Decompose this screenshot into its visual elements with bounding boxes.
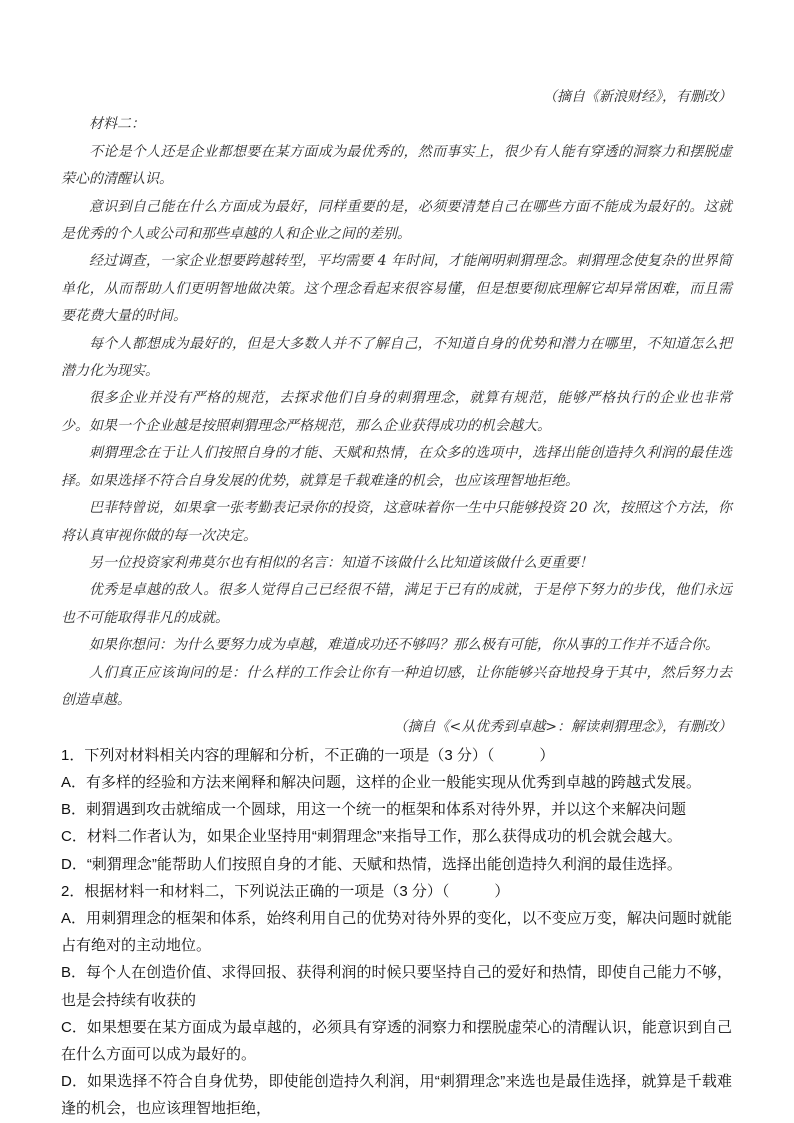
question-1-stem: 1．下列对材料相关内容的理解和分析，不正确的一项是（3 分）（ ） bbox=[61, 742, 732, 769]
material-paragraph-1: 不论是个人还是企业都想要在某方面成为最优秀的，然而事实上，很少有人能有穿透的洞察… bbox=[61, 139, 732, 194]
material-paragraph-9: 优秀是卓越的敌人。很多人觉得自己已经很不错，满足于已有的成就，于是停下努力的步伐… bbox=[61, 577, 732, 632]
material-paragraph-11: 人们真正应该询问的是：什么样的工作会让你有一种迫切感，让你能够兴奋地投身于其中，… bbox=[61, 660, 732, 715]
material-two-label: 材料二： bbox=[61, 111, 732, 138]
question-1-option-a: A．有多样的经验和方法来阐释和解决问题，这样的企业一般能实现从优秀到卓越的跨越式… bbox=[61, 769, 732, 796]
question-2-stem: 2．根据材料一和材料二，下列说法正确的一项是（3 分）（ ） bbox=[61, 878, 732, 905]
material-paragraph-2: 意识到自己能在什么方面成为最好，同样重要的是，必须要清楚自己在哪些方面不能成为最… bbox=[61, 194, 732, 249]
material-paragraph-7: 巴菲特曾说，如果拿一张考勤表记录你的投资，这意味着你一生中只能够投资 20 次，… bbox=[61, 495, 732, 550]
material-paragraph-8: 另一位投资家利弗莫尔也有相似的名言：知道不该做什么比知道该做什么更重要！ bbox=[61, 550, 732, 577]
material-paragraph-5: 很多企业并没有严格的规范，去探求他们自身的刺猬理念，就算有规范，能够严格执行的企… bbox=[61, 385, 732, 440]
question-2-option-d: D．如果选择不符合自身优势，即使能创造持久利润，用“刺猬理念”来选也是最佳选择，… bbox=[61, 1068, 732, 1122]
material-paragraph-6: 刺猬理念在于让人们按照自身的才能、天赋和热情，在众多的选项中，选择出能创造持久利… bbox=[61, 440, 732, 495]
question-2-option-c: C．如果想要在某方面成为最卓越的，必须具有穿透的洞察力和摆脱虚荣心的清醒认识，能… bbox=[61, 1014, 732, 1068]
exam-document-page: （摘自《新浪财经》，有删改） 材料二： 不论是个人还是企业都想要在某方面成为最优… bbox=[0, 0, 794, 1123]
question-1-option-b: B．刺猬遇到攻击就缩成一个圆球，用这一个统一的框架和体系对待外界，并以这个来解决… bbox=[61, 796, 732, 823]
material-paragraph-4: 每个人都想成为最好的，但是大多数人并不了解自己，不知道自身的优势和潜力在哪里，不… bbox=[61, 331, 732, 386]
question-2-option-a: A．用刺猬理念的框架和体系，始终利用自己的优势对待外界的变化，以不变应万变，解决… bbox=[61, 905, 732, 959]
material-paragraph-3: 经过调查，一家企业想要跨越转型，平均需要 4 年时间，才能阐明刺猬理念。刺猬理念… bbox=[61, 248, 732, 330]
material-paragraph-10: 如果你想问：为什么要努力成为卓越，难道成功还不够吗？那么极有可能，你从事的工作并… bbox=[61, 632, 732, 659]
source-citation-sina-finance: （摘自《新浪财经》，有删改） bbox=[61, 84, 732, 111]
source-citation-good-to-great: （摘自《<从优秀到卓越>：解读刺猬理念》，有删改） bbox=[61, 714, 732, 741]
question-1-option-c: C．材料二作者认为，如果企业坚持用“刺猬理念”来指导工作，那么获得成功的机会就会… bbox=[61, 823, 732, 850]
question-2-option-b: B．每个人在创造价值、求得回报、获得利润的时候只要坚持自己的爱好和热情，即使自己… bbox=[61, 959, 732, 1013]
question-1-option-d: D．“刺猬理念”能帮助人们按照自身的才能、天赋和热情，选择出能创造持久利润的最佳… bbox=[61, 851, 732, 878]
